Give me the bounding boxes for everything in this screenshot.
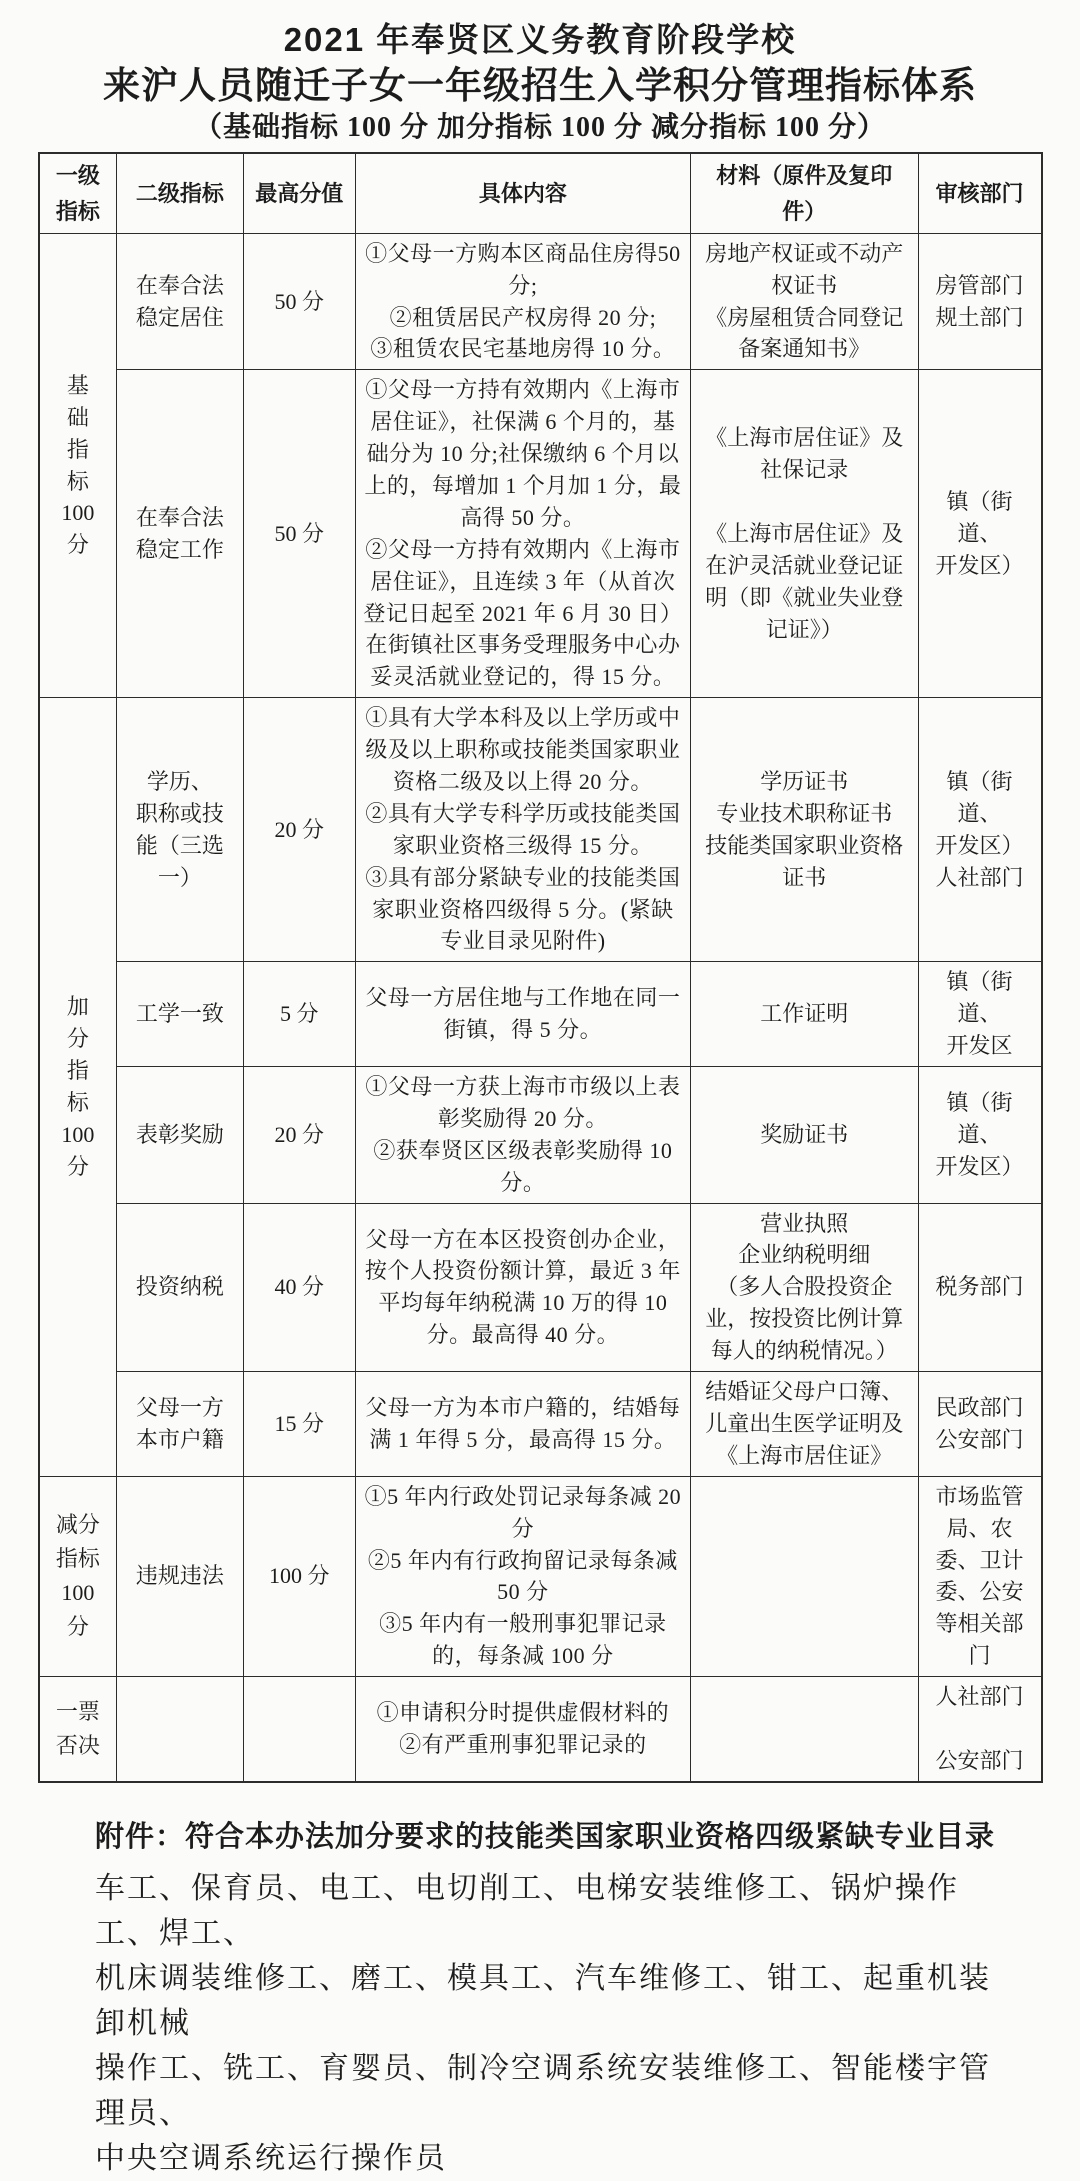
cell-level2: 投资纳税	[117, 1203, 243, 1371]
cell-content: ①父母一方获上海市市级以上表彰奖励得 20 分。 ②获奉贤区区级表彰奖励得 10…	[355, 1067, 690, 1204]
cell-content: 父母一方为本市户籍的，结婚每满 1 年得 5 分，最高得 15 分。	[355, 1372, 690, 1477]
cell-materials: 学历证书 专业技术职称证书 技能类国家职业资格证书	[690, 698, 918, 962]
header-level1: 一级 指标	[39, 153, 117, 233]
score-index-table: 一级 指标 二级指标 最高分值 具体内容 材料（原件及复印 件） 审核部门 基 …	[38, 152, 1043, 1782]
cell-score: 15 分	[243, 1372, 355, 1477]
section-one-vote-veto: 一票 否决	[39, 1677, 117, 1782]
cell-level2	[117, 1677, 243, 1782]
appendix-body: 车工、保育员、电工、电切削工、电梯安装维修工、锅炉操作工、焊工、 机床调装维修工…	[95, 1866, 995, 2181]
cell-content: 父母一方在本区投资创办企业，按个人投资份额计算，最近 3 年平均每年纳税满 10…	[355, 1203, 690, 1371]
cell-materials	[690, 1677, 918, 1782]
cell-reviewer: 民政部门 公安部门	[918, 1372, 1041, 1477]
section-deduction-indicator: 减分 指标 100 分	[39, 1476, 117, 1676]
cell-materials	[690, 1476, 918, 1676]
header-materials: 材料（原件及复印 件）	[690, 153, 918, 233]
header-reviewer: 审核部门	[918, 153, 1041, 233]
document-title-line2: 来沪人员随迁子女一年级招生入学积分管理指标体系	[0, 63, 1080, 109]
cell-content: ①父母一方持有效期内《上海市居住证》，社保满 6 个月的，基础分为 10 分;社…	[355, 370, 690, 698]
cell-score: 50 分	[243, 370, 355, 698]
appendix-block: 附件：符合本办法加分要求的技能类国家职业资格四级紧缺专业目录 车工、保育员、电工…	[95, 1819, 995, 2181]
cell-content: 父母一方居住地与工作地在同一街镇，得 5 分。	[355, 962, 690, 1067]
table-row-violations: 减分 指标 100 分 违规违法 100 分 ①5 年内行政处罚记录每条减 20…	[39, 1476, 1042, 1676]
document-page: 2021 年奉贤区义务教育阶段学校 来沪人员随迁子女一年级招生入学积分管理指标体…	[0, 0, 1080, 2181]
cell-level2: 表彰奖励	[117, 1067, 243, 1204]
cell-level2: 违规违法	[117, 1476, 243, 1676]
table-row-education: 加 分 指 标 100 分 学历、 职称或技 能（三选 一） 20 分 ①具有大…	[39, 698, 1042, 962]
cell-score: 5 分	[243, 962, 355, 1067]
cell-reviewer: 房管部门 规土部门	[918, 233, 1041, 370]
header-level2: 二级指标	[117, 153, 243, 233]
cell-level2: 在奉合法 稳定工作	[117, 370, 243, 698]
cell-reviewer: 镇（街道、 开发区）	[918, 370, 1041, 698]
table-row-employment: 在奉合法 稳定工作 50 分 ①父母一方持有效期内《上海市居住证》，社保满 6 …	[39, 370, 1042, 698]
section-basic-indicator: 基 础 指 标 100 分	[39, 233, 117, 697]
cell-score: 40 分	[243, 1203, 355, 1371]
document-title-block: 2021 年奉贤区义务教育阶段学校 来沪人员随迁子女一年级招生入学积分管理指标体…	[0, 18, 1080, 144]
cell-reviewer: 市场监管局、农委、卫计委、公安等相关部门	[918, 1476, 1041, 1676]
cell-reviewer: 人社部门 公安部门	[918, 1677, 1041, 1782]
header-content: 具体内容	[355, 153, 690, 233]
document-title-line1: 2021 年奉贤区义务教育阶段学校	[0, 18, 1080, 63]
cell-level2: 学历、 职称或技 能（三选 一）	[117, 698, 243, 962]
cell-materials: 工作证明	[690, 962, 918, 1067]
cell-score: 50 分	[243, 233, 355, 370]
cell-score: 20 分	[243, 1067, 355, 1204]
cell-content: ①具有大学本科及以上学历或中级及以上职称或技能类国家职业资格二级及以上得 20 …	[355, 698, 690, 962]
table-row-work-live-same: 工学一致 5 分 父母一方居住地与工作地在同一街镇，得 5 分。 工作证明 镇（…	[39, 962, 1042, 1067]
header-max-score: 最高分值	[243, 153, 355, 233]
cell-content: ①5 年内行政处罚记录每条减 20 分 ②5 年内有行政拘留记录每条减 50 分…	[355, 1476, 690, 1676]
cell-level2: 父母一方 本市户籍	[117, 1372, 243, 1477]
cell-score: 20 分	[243, 698, 355, 962]
cell-materials: 奖励证书	[690, 1067, 918, 1204]
cell-level2: 在奉合法 稳定居住	[117, 233, 243, 370]
document-title-line3: （基础指标 100 分 加分指标 100 分 减分指标 100 分）	[0, 111, 1080, 145]
cell-content: ①父母一方购本区商品住房得50 分; ②租赁居民产权房得 20 分; ③租赁农民…	[355, 233, 690, 370]
table-row-local-hukou: 父母一方 本市户籍 15 分 父母一方为本市户籍的，结婚每满 1 年得 5 分，…	[39, 1372, 1042, 1477]
cell-materials: 《上海市居住证》及 社保记录 《上海市居住证》及在沪灵活就业登记证明（即《就业失…	[690, 370, 918, 698]
section-bonus-indicator: 加 分 指 标 100 分	[39, 698, 117, 1476]
table-row-one-vote-veto: 一票 否决 ①申请积分时提供虚假材料的 ②有严重刑事犯罪记录的 人社部门 公安部…	[39, 1677, 1042, 1782]
cell-score	[243, 1677, 355, 1782]
cell-reviewer: 镇（街道、 开发区）	[918, 1067, 1041, 1204]
cell-content: ①申请积分时提供虚假材料的 ②有严重刑事犯罪记录的	[355, 1677, 690, 1782]
cell-reviewer: 镇（街道、 开发区	[918, 962, 1041, 1067]
cell-score: 100 分	[243, 1476, 355, 1676]
cell-materials: 营业执照 企业纳税明细 （多人合股投资企业，按投资比例计算每人的纳税情况。）	[690, 1203, 918, 1371]
table-row-investment-tax: 投资纳税 40 分 父母一方在本区投资创办企业，按个人投资份额计算，最近 3 年…	[39, 1203, 1042, 1371]
cell-reviewer: 税务部门	[918, 1203, 1041, 1371]
cell-level2: 工学一致	[117, 962, 243, 1067]
table-header-row: 一级 指标 二级指标 最高分值 具体内容 材料（原件及复印 件） 审核部门	[39, 153, 1042, 233]
cell-materials: 房地产权证或不动产权证书 《房屋租赁合同登记备案通知书》	[690, 233, 918, 370]
cell-materials: 结婚证父母户口簿、儿童出生医学证明及《上海市居住证》	[690, 1372, 918, 1477]
appendix-title: 附件：符合本办法加分要求的技能类国家职业资格四级紧缺专业目录	[95, 1819, 995, 1857]
cell-reviewer: 镇（街道、 开发区） 人社部门	[918, 698, 1041, 962]
table-row-awards: 表彰奖励 20 分 ①父母一方获上海市市级以上表彰奖励得 20 分。 ②获奉贤区…	[39, 1067, 1042, 1204]
table-row-residence: 基 础 指 标 100 分 在奉合法 稳定居住 50 分 ①父母一方购本区商品住…	[39, 233, 1042, 370]
